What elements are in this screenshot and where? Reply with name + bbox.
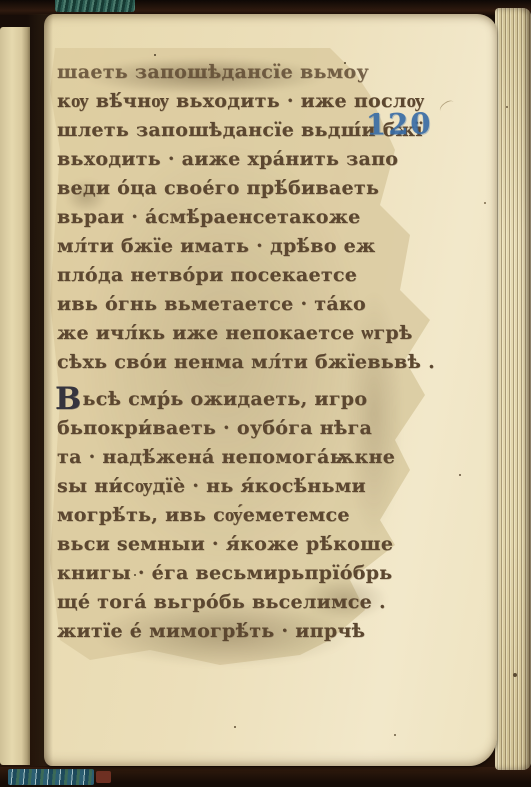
manuscript-page: 120 шаеть запошѣдансїе вьмоу кѹ вѣ́чнѹ в… (44, 14, 497, 766)
text-line: ще́ тога́ вьгро́бь вьселимсе . (57, 588, 467, 617)
text-line: пло́да нетво́ри посекаетсе (57, 261, 467, 290)
text-line: ѕы ни́сѹдїѐ · нь я́косѣ́ньми (57, 472, 467, 501)
text-line: ивь о́гнь вьметаетсе · та́ко (57, 290, 467, 319)
fore-edge-pages (495, 8, 531, 770)
text-line: шаеть запошѣдансїе вьмоу (57, 58, 467, 87)
initial-letter: В (55, 387, 82, 411)
gutter-shadow (27, 14, 53, 766)
text-line: же ичл́кь иже непокаетсе ѡгрѣ (57, 319, 467, 348)
text-line: вьходить · аиже хра́нить запо (57, 145, 467, 174)
text-line: веди о́ца свое́го прѣ́биваеть (57, 174, 467, 203)
headband-bottom (8, 769, 94, 785)
text-line: бьпокри́ваеть · оубо́га нѣга (57, 414, 467, 443)
text-line: житїе е́ мимогрѣ́ть · ипрчѣ (57, 617, 467, 646)
facing-page-edge (0, 27, 30, 765)
text-line: вьси ѕемныи · я́коже рѣ́коше (57, 530, 467, 559)
paper-specks (154, 54, 156, 56)
text-line: та · надѣ́жена́ непомога́ѭкне (57, 443, 467, 472)
text-block: шаеть запошѣдансїе вьмоу кѹ вѣ́чнѹ вьход… (57, 58, 467, 646)
headband-red-patch (96, 771, 111, 783)
text-line: вьраи · а́смѣ́раенсетакоже (57, 203, 467, 232)
text-line: книгы · е́га весьмирьпрїо́брь (57, 559, 467, 588)
headband-top (55, 0, 135, 12)
text-line: могрѣ́ть, ивь сѹ́еметемсе (57, 501, 467, 530)
text-line: мл́ти бжїе имать · дрѣ́во еж (57, 232, 467, 261)
text-line: сѣхь сво́и ненма мл́ти бжїевьвѣ . (57, 348, 467, 377)
text-line-after-initial: ьсѣ смр́ь ожидаеть, игро (83, 388, 368, 410)
open-book-photo: 120 шаеть запошѣдансїе вьмоу кѹ вѣ́чнѹ в… (0, 0, 531, 787)
text-line: Вьсѣ смр́ь ожидаеть, игро (57, 385, 467, 414)
folio-number-stamp: 120 (366, 106, 433, 141)
